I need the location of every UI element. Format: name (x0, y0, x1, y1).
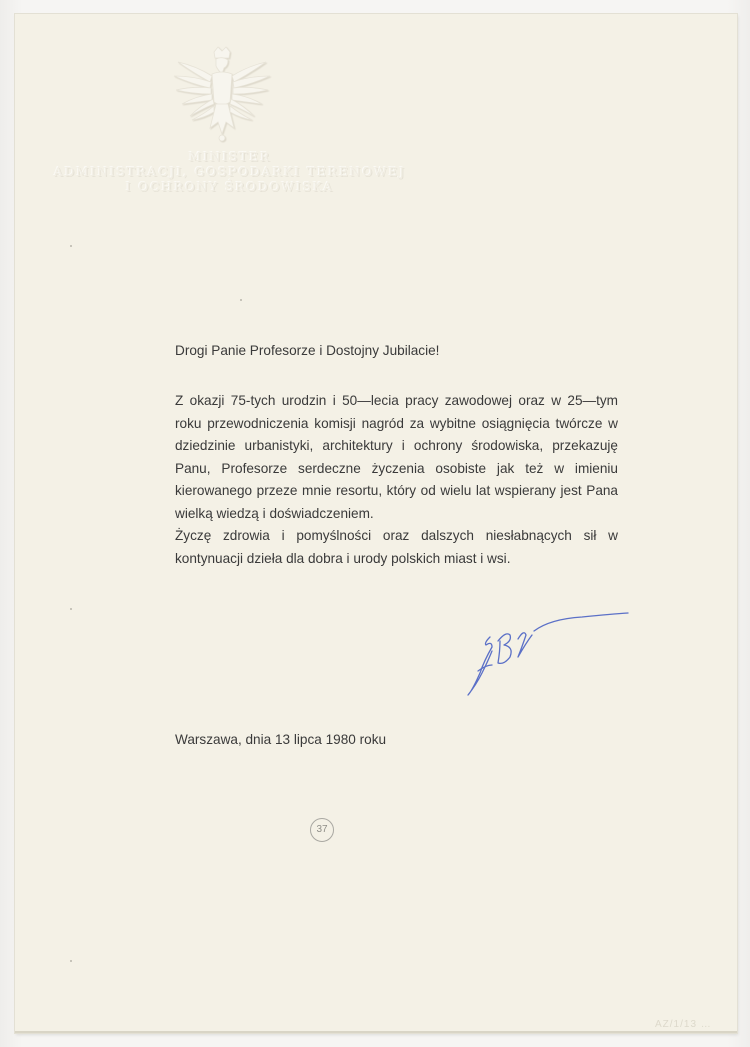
letter-paragraph: Życzę zdrowia i pomyślności oraz dalszyc… (175, 525, 618, 570)
place-and-date: Warszawa, dnia 13 lipca 1980 roku (175, 732, 386, 747)
salutation: Drogi Panie Profesorze i Dostojny Jubila… (175, 339, 618, 362)
letter-paragraph: Z okazji 75-tych urodzin i 50—lecia prac… (175, 390, 618, 525)
eagle-emblem-icon (166, 44, 278, 154)
page-number-stamp: 37 (310, 818, 334, 842)
paper-speck (70, 245, 72, 247)
ministry-letterhead: MINISTER ADMINISTRACJI, GOSPODARKI TEREN… (40, 150, 420, 195)
paper-speck (70, 608, 72, 610)
archive-mark: AZ/1/13 … (655, 1019, 712, 1030)
signature-icon (462, 605, 637, 700)
paper-speck (240, 299, 242, 301)
letter-body: Drogi Panie Profesorze i Dostojny Jubila… (160, 339, 618, 570)
letterhead-line: I OCHRONY ŚRODOWISKA (40, 180, 420, 195)
letterhead-line: MINISTER (40, 150, 420, 165)
paper-speck (70, 960, 72, 962)
letterhead-line: ADMINISTRACJI, GOSPODARKI TERENOWEJ (40, 165, 420, 180)
